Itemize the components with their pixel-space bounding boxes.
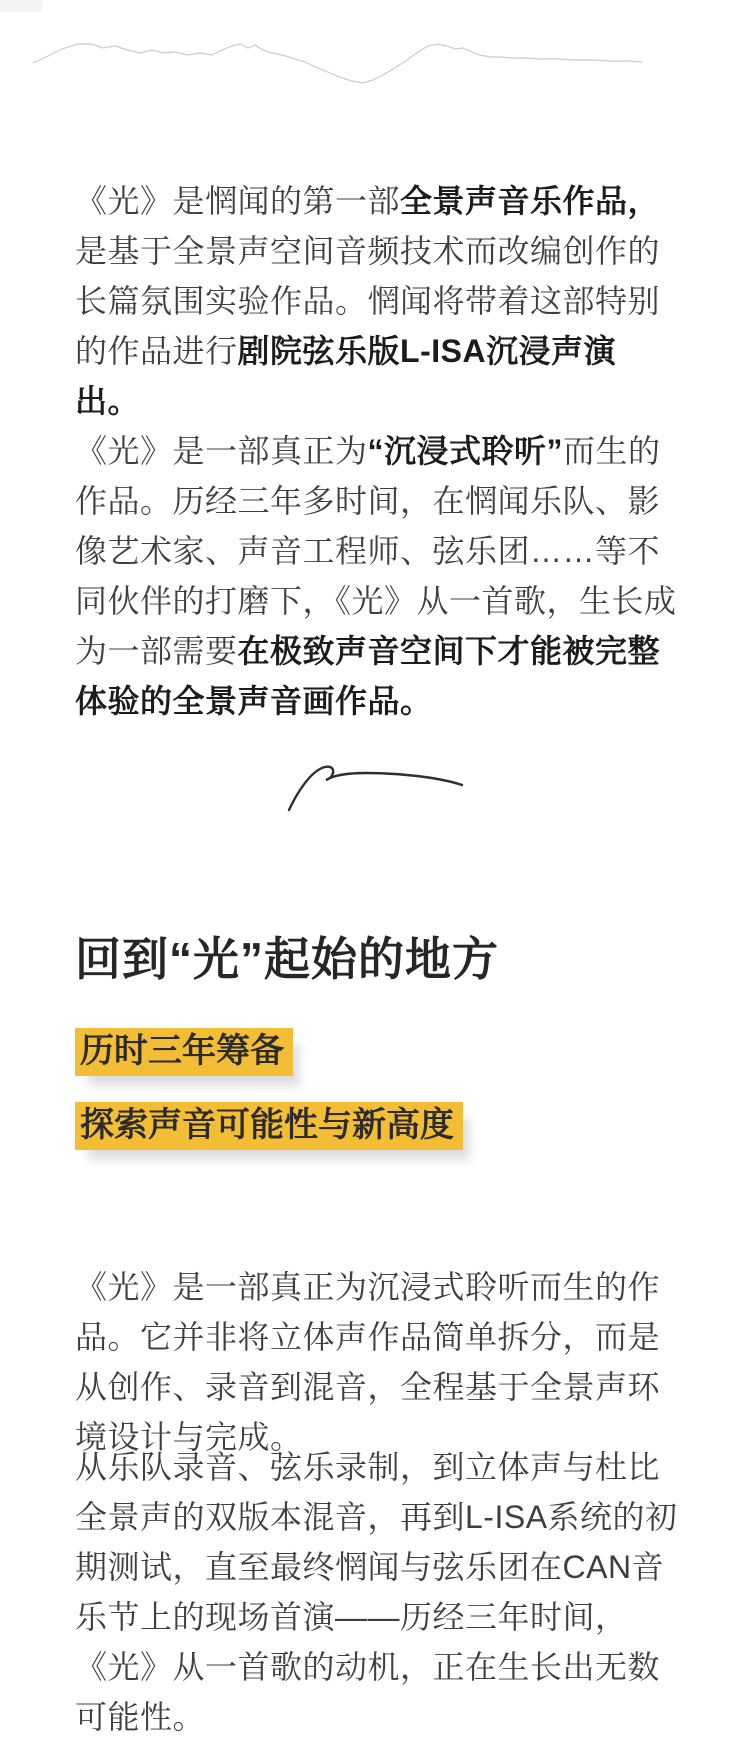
highlight-text: 历时三年筹备 bbox=[75, 1028, 293, 1076]
highlight-text: 探索声音可能性与新高度 bbox=[75, 1102, 463, 1150]
highlighted-subtitle-2: 探索声音可能性与新高度 bbox=[75, 1102, 463, 1150]
text-run: 从乐队录音、弦乐录制，到立体声与杜比全景声的双版本混音，再到L-ISA系统的初期… bbox=[75, 1449, 678, 1735]
text-run: 《光》是一部真正为 bbox=[75, 433, 368, 469]
paragraph-three-years: 从乐队录音、弦乐录制，到立体声与杜比全景声的双版本混音，再到L-ISA系统的初期… bbox=[75, 1442, 679, 1742]
paragraph-intro: 《光》是惘闻的第一部全景声音乐作品，是基于全景声空间音频技术而改编创作的长篇氛围… bbox=[75, 176, 679, 426]
paragraph-atmos-design: 《光》是一部真正为沉浸式聆听而生的作品。它并非将立体声作品简单拆分，而是从创作、… bbox=[75, 1262, 679, 1462]
hand-drawn-flourish-icon bbox=[286, 764, 466, 814]
text-run: 《光》是一部真正为沉浸式聆听而生的作品。它并非将立体声作品简单拆分，而是从创作、… bbox=[75, 1269, 660, 1455]
section-heading: 回到“光”起始的地方 bbox=[75, 928, 499, 990]
paragraph-immersive-listening: 《光》是一部真正为“沉浸式聆听”而生的作品。历经三年多时间，在惘闻乐队、影像艺术… bbox=[75, 426, 679, 726]
text-run: 《光》是惘闻的第一部 bbox=[75, 183, 400, 219]
bold-text-run: “沉浸式聆听” bbox=[368, 433, 564, 469]
article-page: 《光》是惘闻的第一部全景声音乐作品，是基于全景声空间音频技术而改编创作的长篇氛围… bbox=[0, 0, 750, 1744]
torn-paper-edge-icon bbox=[0, 0, 750, 100]
highlighted-subtitle-1: 历时三年筹备 bbox=[75, 1028, 293, 1076]
bold-text-run: 全景声音乐作品， bbox=[400, 183, 660, 219]
